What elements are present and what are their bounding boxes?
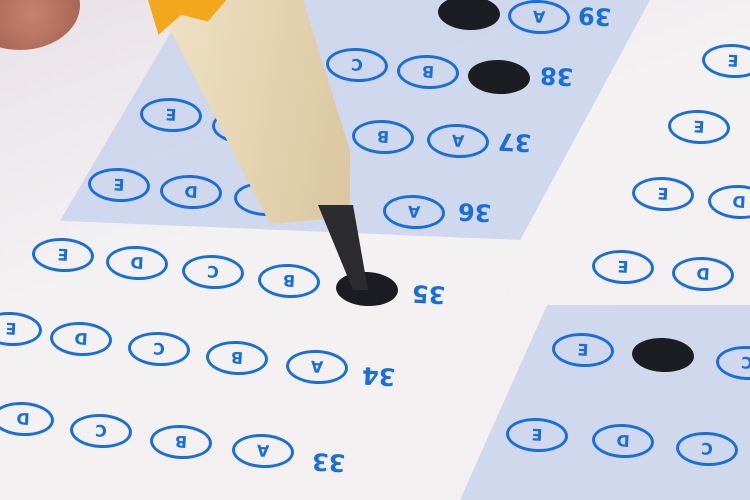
- bubble-34-d[interactable]: D: [49, 320, 113, 357]
- bubble-33-c[interactable]: C: [69, 412, 133, 449]
- question-number-37: 37: [497, 127, 532, 157]
- bubble-33-b[interactable]: B: [149, 423, 213, 460]
- right-bubble-e-4[interactable]: E: [591, 248, 655, 285]
- question-number-35: 35: [411, 279, 446, 309]
- bubble-35-b[interactable]: B: [257, 262, 321, 299]
- bubble-33-a[interactable]: A: [231, 432, 295, 469]
- question-number-36: 36: [457, 197, 492, 227]
- bubble-34-b[interactable]: B: [205, 339, 269, 376]
- bubble-34-e[interactable]: E: [0, 310, 43, 347]
- right-bubble-d-3[interactable]: D: [707, 183, 750, 220]
- finger: [0, 0, 80, 50]
- bubble-34-c[interactable]: C: [127, 330, 191, 367]
- answer-sheet-photo: A 39 C B 38 E C B A 37 E D C A 36 E D C …: [0, 0, 750, 500]
- right-bubble-e-3[interactable]: E: [631, 175, 695, 212]
- question-number-33: 33: [311, 447, 346, 477]
- bubble-33-d[interactable]: D: [0, 400, 55, 437]
- question-number-38: 38: [539, 61, 574, 91]
- bubble-35-d[interactable]: D: [105, 244, 169, 281]
- question-number-39: 39: [577, 1, 612, 31]
- bubble-35-e[interactable]: E: [31, 236, 95, 273]
- bubble-35-c[interactable]: C: [181, 253, 245, 290]
- shaded-band-bottom-right: [460, 305, 750, 500]
- right-bubble-d-4[interactable]: D: [671, 255, 735, 292]
- right-bubble-e-2[interactable]: E: [667, 108, 731, 145]
- question-number-34: 34: [361, 361, 396, 391]
- right-bubble-e-1[interactable]: E: [701, 42, 750, 79]
- bubble-34-a[interactable]: A: [285, 348, 349, 385]
